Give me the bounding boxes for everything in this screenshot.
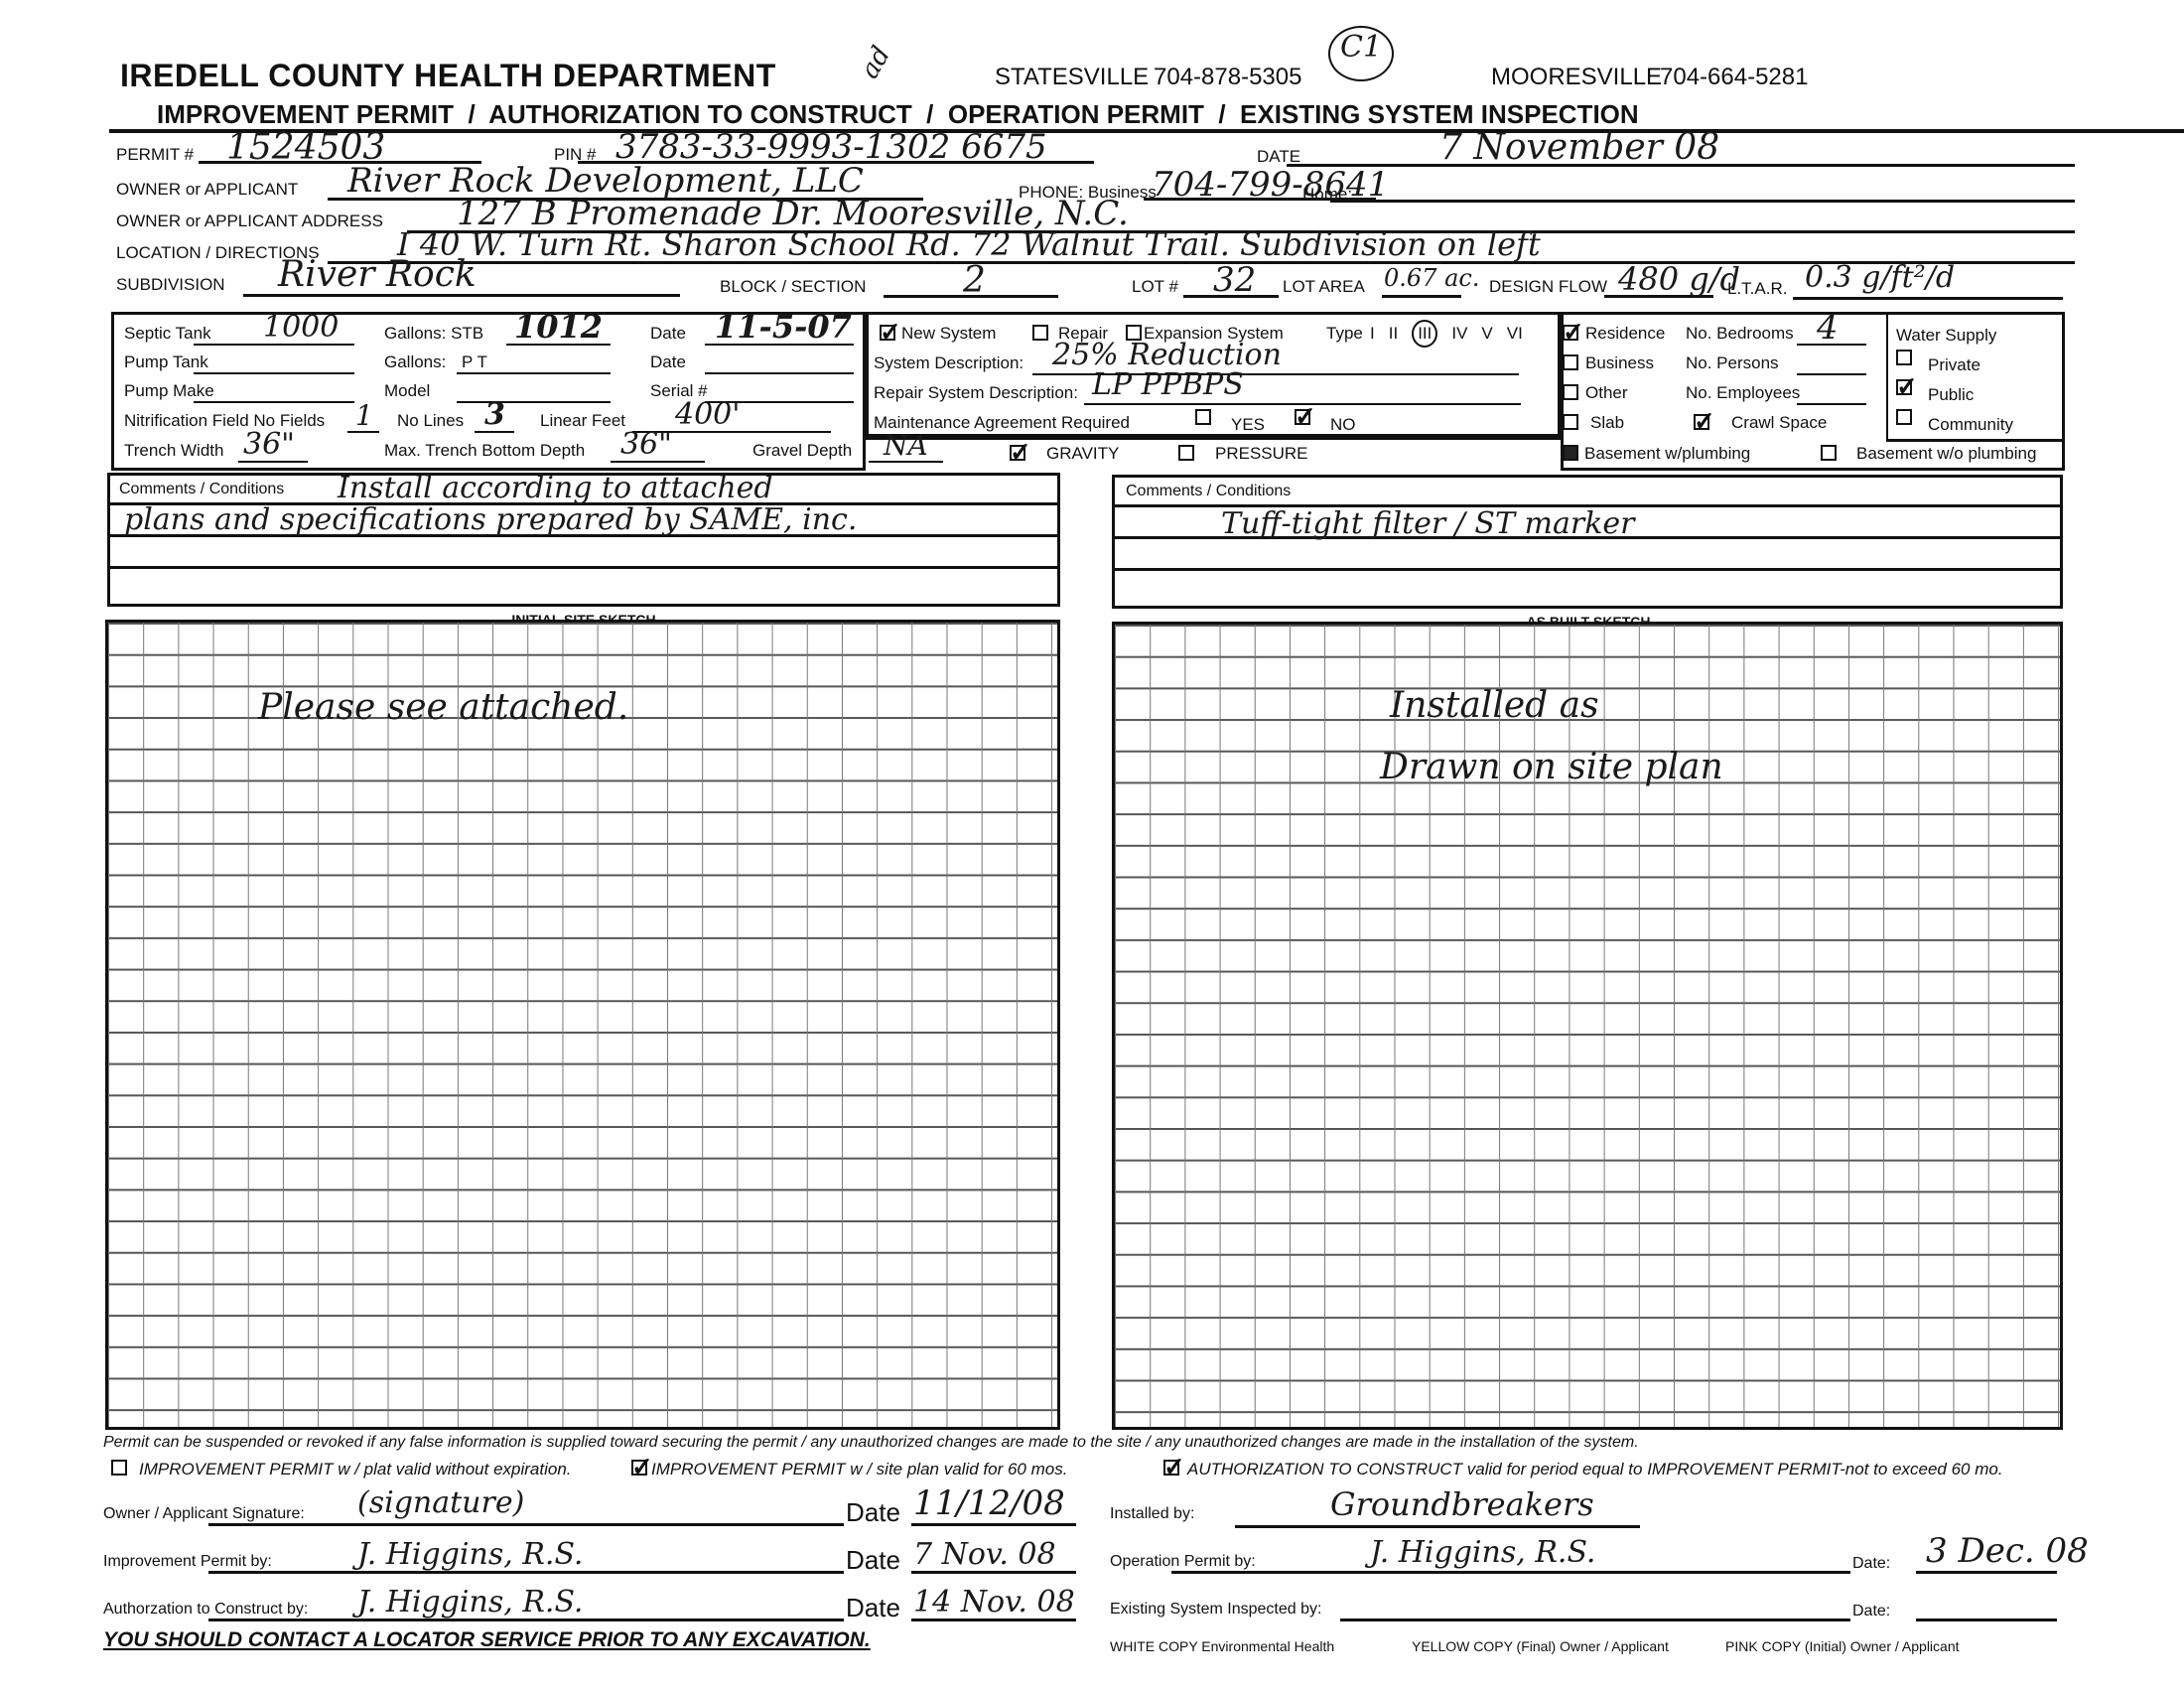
existing-date-label: Date:: [1852, 1603, 1890, 1620]
repair-description-value[interactable]: LP PPBPS: [1092, 367, 1244, 402]
installed-by-label: Installed by:: [1110, 1505, 1194, 1523]
pump-make-label: Pump Make: [124, 381, 214, 401]
slab-label: Slab: [1590, 413, 1624, 433]
improvement-by-label: Improvement Permit by:: [103, 1553, 272, 1571]
septic-tank-value[interactable]: 1000: [263, 310, 339, 345]
operation-by-value[interactable]: J. Higgins, R.S.: [1370, 1535, 1595, 1570]
annotation-c1: C1: [1340, 30, 1382, 65]
maintenance-yes-checkbox[interactable]: [1195, 409, 1211, 425]
type-option-i[interactable]: I: [1370, 324, 1375, 348]
option-site-plan-label: IMPROVEMENT PERMIT w / site plan valid f…: [651, 1460, 1067, 1479]
ltar-label: L.T.A.R.: [1727, 279, 1787, 299]
date1-label: Date: [650, 324, 686, 344]
residence-label: Residence: [1585, 324, 1665, 344]
comments-right-line1[interactable]: Tuff-tight filter / ST marker: [1221, 506, 1634, 541]
bedrooms-value[interactable]: 4: [1817, 308, 1839, 348]
residence-checkbox[interactable]: [1563, 325, 1578, 341]
as-built-line2: Drawn on site plan: [1380, 747, 1723, 787]
maintenance-label: Maintenance Agreement Required: [874, 413, 1130, 433]
disclaimer-text: Permit can be suspended or revoked if an…: [103, 1434, 1639, 1452]
water-public-label: Public: [1928, 385, 1974, 405]
no-lines-label: No Lines: [397, 411, 464, 431]
linear-feet-value[interactable]: 400': [675, 397, 741, 432]
type-label: Type: [1326, 324, 1363, 344]
existing-inspected-label: Existing System Inspected by:: [1110, 1601, 1321, 1619]
septic-tank-label: Septic Tank: [124, 324, 211, 344]
max-depth-value[interactable]: 36": [620, 427, 672, 462]
repair-description-label: Repair System Description:: [874, 383, 1078, 403]
type-option-iii[interactable]: III: [1412, 320, 1437, 348]
trench-width-label: Trench Width: [124, 441, 223, 461]
pump-tank-label: Pump Tank: [124, 352, 208, 372]
initial-sketch-note: Please see attached.: [258, 687, 628, 728]
owner-signature-value[interactable]: (signature): [357, 1485, 524, 1520]
ltar-value[interactable]: 0.3 g/ft²/d: [1805, 260, 1955, 295]
type-option-iv[interactable]: IV: [1451, 324, 1467, 348]
crawl-space-label: Crawl Space: [1731, 413, 1827, 433]
gravel-depth-value[interactable]: NA: [884, 429, 928, 462]
operation-date-label: Date:: [1852, 1555, 1890, 1573]
lot-area-label: LOT AREA: [1283, 277, 1365, 297]
operation-date-value[interactable]: 3 Dec. 08: [1926, 1531, 2089, 1571]
statesville-label: STATESVILLE: [995, 64, 1149, 91]
initial-sketch-grid[interactable]: [105, 620, 1060, 1430]
date2-label: Date: [650, 352, 686, 372]
gallons-stb-value[interactable]: 1012: [514, 308, 603, 346]
model-label: Model: [384, 381, 430, 401]
water-private-checkbox[interactable]: [1896, 350, 1912, 365]
block-section-value[interactable]: 2: [963, 260, 986, 301]
improvement-date-value[interactable]: 7 Nov. 08: [913, 1537, 1056, 1572]
pressure-label: PRESSURE: [1215, 444, 1308, 464]
maintenance-yes-label: YES: [1231, 415, 1265, 435]
crawl-space-checkbox[interactable]: [1694, 414, 1709, 430]
maintenance-no-label: NO: [1330, 415, 1356, 435]
slab-checkbox[interactable]: [1563, 414, 1578, 430]
copy-pink-label: PINK COPY (Initial) Owner / Applicant: [1725, 1638, 1960, 1654]
comments-left-label: Comments / Conditions: [119, 481, 284, 498]
permit-number-label: PERMIT #: [116, 145, 194, 165]
installed-by-value[interactable]: Groundbreakers: [1330, 1485, 1594, 1523]
type-option-v[interactable]: V: [1481, 324, 1492, 348]
maintenance-no-checkbox[interactable]: [1295, 409, 1310, 425]
option-authorization-label: AUTHORIZATION TO CONSTRUCT valid for per…: [1187, 1460, 2003, 1479]
location-value[interactable]: I 40 W. Turn Rt. Sharon School Rd. 72 Wa…: [397, 225, 1541, 263]
subdivision-value[interactable]: River Rock: [278, 254, 477, 295]
type-option-vi[interactable]: VI: [1507, 324, 1523, 348]
authorization-date-value[interactable]: 14 Nov. 08: [913, 1585, 1075, 1619]
annotation-ad: ad: [855, 42, 896, 84]
lot-value[interactable]: 32: [1213, 260, 1256, 300]
new-system-checkbox[interactable]: [880, 325, 895, 341]
owner-signature-label: Owner / Applicant Signature:: [103, 1505, 305, 1523]
as-built-sketch-grid[interactable]: [1112, 622, 2063, 1430]
no-lines-value[interactable]: 3: [484, 397, 505, 432]
basement-plumbing-checkbox[interactable]: [1563, 445, 1578, 461]
trench-width-value[interactable]: 36": [243, 427, 295, 462]
date-value[interactable]: 7 November 08: [1439, 127, 1719, 168]
address-label: OWNER or APPLICANT ADDRESS: [116, 211, 383, 231]
copy-yellow-label: YELLOW COPY (Final) Owner / Applicant: [1412, 1638, 1669, 1654]
gallons-pt-label: Gallons:: [384, 352, 446, 372]
linear-feet-label: Linear Feet: [540, 411, 625, 431]
basement-plumbing-label: Basement w/plumbing: [1584, 444, 1750, 464]
business-checkbox[interactable]: [1563, 354, 1578, 370]
lot-label: LOT #: [1132, 277, 1178, 297]
employees-label: No. Employees: [1686, 383, 1800, 403]
operation-by-label: Operation Permit by:: [1110, 1553, 1256, 1571]
locator-warning: YOU SHOULD CONTACT A LOCATOR SERVICE PRI…: [103, 1628, 871, 1652]
option-plat-label: IMPROVEMENT PERMIT w / plat valid withou…: [139, 1460, 572, 1479]
basement-no-plumbing-checkbox[interactable]: [1821, 445, 1837, 461]
block-section-label: BLOCK / SECTION: [720, 277, 866, 297]
design-flow-value[interactable]: 480 g/d: [1618, 260, 1740, 298]
subdivision-label: SUBDIVISION: [116, 275, 225, 295]
water-public-checkbox[interactable]: [1896, 379, 1912, 395]
max-depth-label: Max. Trench Bottom Depth: [384, 441, 585, 461]
header-rule: [109, 129, 2184, 133]
phone-business-value[interactable]: 704-799-8641: [1152, 165, 1389, 205]
gravel-depth-label: Gravel Depth: [752, 441, 852, 461]
repair-checkbox[interactable]: [1032, 325, 1048, 341]
gallons-stb-label: Gallons: STB: [384, 324, 483, 344]
water-community-checkbox[interactable]: [1896, 409, 1912, 425]
design-flow-label: DESIGN FLOW: [1489, 277, 1607, 297]
pressure-checkbox[interactable]: [1178, 445, 1194, 461]
as-built-line1: Installed as: [1390, 685, 1599, 726]
option-authorization-checkbox[interactable]: [1163, 1460, 1179, 1476]
authorization-date-label: Date: [846, 1593, 900, 1623]
mooresville-phone: 704-664-5281: [1660, 64, 1808, 91]
water-community-label: Community: [1928, 415, 2013, 435]
lot-area-value[interactable]: 0.67 ac.: [1384, 264, 1479, 292]
improvement-by-value[interactable]: J. Higgins, R.S.: [357, 1537, 583, 1572]
option-plat-checkbox[interactable]: [111, 1460, 127, 1476]
date1-value[interactable]: 11-5-07: [715, 308, 852, 346]
new-system-label: New System: [901, 324, 996, 344]
authorization-by-label: Authorzation to Construct by:: [103, 1601, 308, 1619]
comments-right-label: Comments / Conditions: [1126, 483, 1291, 500]
comments-left-line2[interactable]: plans and specifications prepared by SAM…: [124, 502, 857, 537]
type-options: IIIIIIIVVVI: [1370, 324, 1523, 348]
department-title: IREDELL COUNTY HEALTH DEPARTMENT: [120, 58, 776, 94]
authorization-by-value[interactable]: J. Higgins, R.S.: [357, 1585, 583, 1619]
business-label: Business: [1585, 353, 1654, 373]
owner-date-value[interactable]: 11/12/08: [913, 1483, 1065, 1523]
gallons-pt-value[interactable]: P T: [462, 352, 487, 372]
owner-label: OWNER or APPLICANT: [116, 180, 298, 200]
mooresville-label: MOORESVILLE: [1491, 64, 1662, 91]
water-supply-title: Water Supply: [1896, 326, 1996, 346]
system-description-label: System Description:: [874, 353, 1024, 373]
owner-date-label: Date: [846, 1497, 900, 1528]
water-private-label: Private: [1928, 355, 1980, 375]
bedrooms-label: No. Bedrooms: [1686, 324, 1794, 344]
type-option-ii[interactable]: II: [1389, 324, 1398, 348]
gravity-checkbox[interactable]: [1010, 445, 1025, 461]
comments-left-line1[interactable]: Install according to attached: [338, 471, 773, 505]
permit-types-heading: IMPROVEMENT PERMIT / AUTHORIZATION TO CO…: [157, 99, 1639, 130]
persons-label: No. Persons: [1686, 353, 1779, 373]
improvement-date-label: Date: [846, 1545, 900, 1576]
basement-no-plumbing-label: Basement w/o plumbing: [1856, 444, 2036, 464]
statesville-phone: 704-878-5305: [1154, 64, 1301, 91]
option-site-plan-checkbox[interactable]: [631, 1460, 647, 1476]
copy-white-label: WHITE COPY Environmental Health: [1110, 1638, 1334, 1654]
no-fields-value[interactable]: 1: [355, 399, 373, 432]
other-label: Other: [1585, 383, 1628, 403]
other-checkbox[interactable]: [1563, 384, 1578, 400]
gravity-label: GRAVITY: [1046, 444, 1119, 464]
